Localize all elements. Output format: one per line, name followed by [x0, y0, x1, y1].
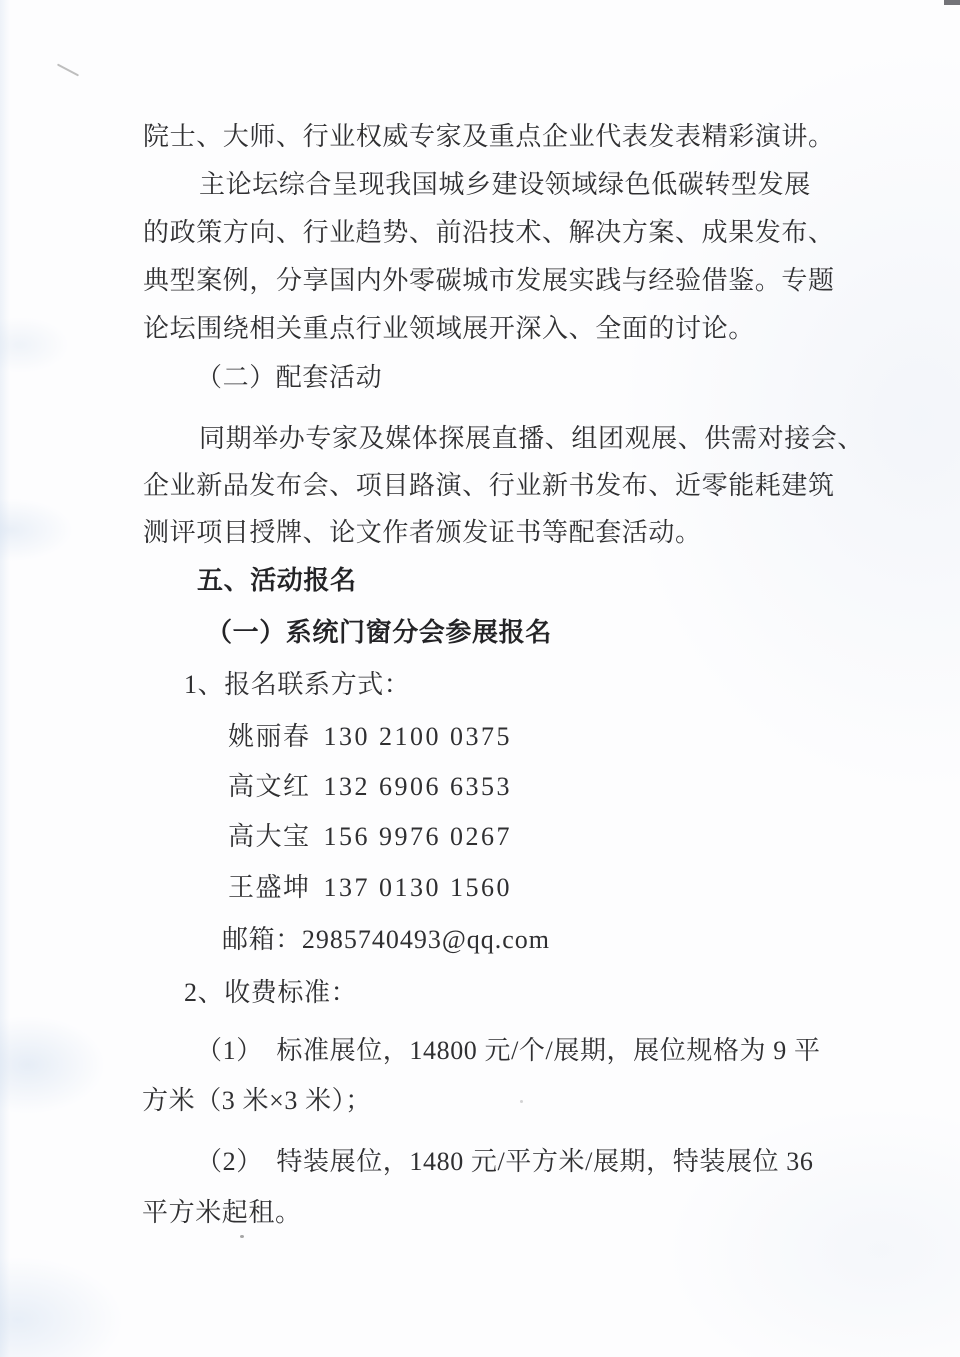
fee-custom-line-1: （2） 特装展位，1480 元/平方米/展期，特装展位 36: [196, 1146, 813, 1178]
fee-heading: 2、收费标准：: [184, 977, 357, 1009]
paragraph-main-line-1: 院士、大师、行业权威专家及重点企业代表发表精彩演讲。: [143, 121, 835, 153]
paragraph-main-line-4: 典型案例，分享国内外零碳城市发展实践与经验借鉴。专题: [143, 265, 835, 297]
contact-row: 王盛坤137 0130 1560: [228, 872, 512, 904]
scan-artifact-corner-mark: [944, 0, 960, 5]
section-5-sub-heading: （一）系统门窗分会参展报名: [206, 617, 552, 649]
section-5-heading: 五、活动报名: [197, 565, 357, 597]
email-row: 邮箱：2985740493@qq.com: [222, 924, 550, 956]
contact-name: 高大宝: [228, 822, 311, 851]
contact-name: 姚丽春: [228, 722, 311, 751]
fee-standard-line-2: 方米（3 米×3 米）；: [142, 1085, 372, 1117]
fee-standard-line-1: （1） 标准展位，14800 元/个/展期，展位规格为 9 平: [196, 1035, 821, 1067]
paragraph-main-line-3: 的政策方向、行业趋势、前沿技术、解决方案、成果发布、: [143, 217, 835, 249]
paragraph-side-events-line-2: 企业新品发布会、项目路演、行业新书发布、近零能耗建筑: [143, 470, 835, 502]
paragraph-side-events-line-3: 测评项目授牌、论文作者颁发证书等配套活动。: [143, 517, 702, 549]
contact-name: 王盛坤: [228, 873, 311, 902]
email-address: 2985740493@qq.com: [302, 925, 550, 954]
section-2-heading: （二）配套活动: [196, 362, 382, 394]
fee-custom-line-2: 平方米起租。: [142, 1197, 302, 1229]
scan-artifact-speck: [520, 1100, 523, 1103]
paragraph-side-events-line-1: 同期举办专家及媒体探展直播、组团观展、供需对接会、: [199, 423, 864, 455]
registration-contact-heading: 1、报名联系方式：: [184, 669, 410, 701]
email-label: 邮箱：: [222, 925, 302, 954]
contact-row: 姚丽春130 2100 0375: [228, 721, 512, 753]
contact-phone: 137 0130 1560: [324, 873, 513, 902]
scan-artifact-diagonal-mark: [57, 63, 79, 76]
contact-row: 高文红132 6906 6353: [228, 771, 512, 803]
contact-phone: 130 2100 0375: [324, 722, 513, 751]
contact-row: 高大宝156 9976 0267: [228, 821, 512, 853]
scan-artifact-speck: [240, 1235, 244, 1238]
contact-name: 高文红: [228, 772, 311, 801]
contact-phone: 156 9976 0267: [324, 822, 513, 851]
paragraph-main-line-5: 论坛围绕相关重点行业领域展开深入、全面的讨论。: [143, 313, 755, 345]
contact-phone: 132 6906 6353: [324, 772, 513, 801]
document-page: 院士、大师、行业权威专家及重点企业代表发表精彩演讲。 主论坛综合呈现我国城乡建设…: [0, 0, 960, 1357]
paragraph-main-line-2: 主论坛综合呈现我国城乡建设领域绿色低碳转型发展: [199, 169, 811, 201]
